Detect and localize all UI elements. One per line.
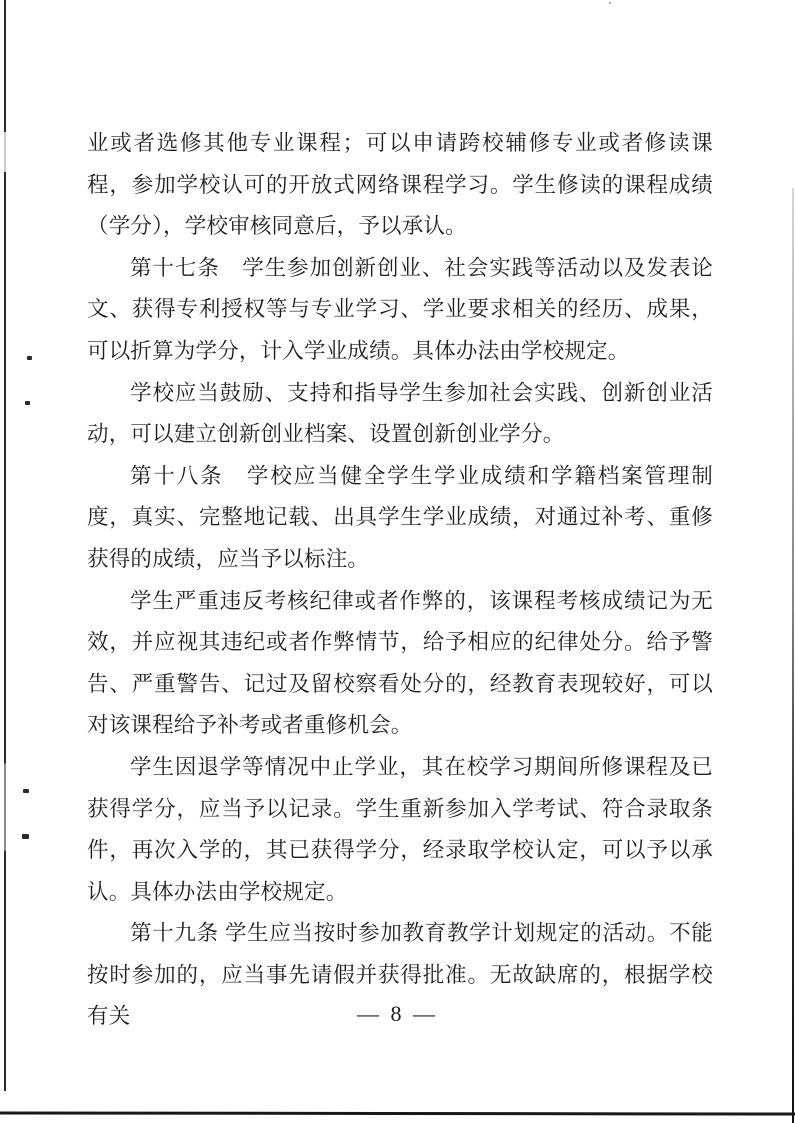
- document-paragraph: 学生严重违反考核纪律或者作弊的，该课程考核成绩记为无效，并应视其违纪或者作弊情节…: [87, 581, 713, 747]
- page-number: — 8 —: [0, 1001, 795, 1027]
- document-paragraph-continuation: 业或者选修其他专业课程；可以申请跨校辅修专业或者修读课程，参加学校认可的开放式网…: [87, 123, 713, 248]
- scan-speck: [25, 401, 30, 405]
- document-paragraph: 学生因退学等情况中止学业，其在校学习期间所修课程及已获得学分，应当予以记录。学生…: [87, 747, 713, 913]
- scan-speck: [27, 356, 32, 360]
- page-bottom-edge-line: [0, 1111, 795, 1115]
- document-paragraph-article-17: 第十七条 学生参加创新创业、社会实践等活动以及发表论文、获得专利授权等与专业学习…: [87, 248, 713, 373]
- document-body: 业或者选修其他专业课程；可以申请跨校辅修专业或者修读课程，参加学校认可的开放式网…: [87, 123, 713, 1038]
- document-paragraph-article-18: 第十八条 学校应当健全学生学业成绩和学籍档案管理制度，真实、完整地记载、出具学生…: [87, 456, 713, 581]
- document-paragraph: 学校应当鼓励、支持和指导学生参加社会实践、创新创业活动，可以建立创新创业档案、设…: [87, 373, 713, 456]
- page-right-edge-line: [792, 188, 794, 1123]
- scan-speck: [23, 789, 29, 793]
- scan-speck: [609, 2, 611, 4]
- scanned-document-page: 业或者选修其他专业课程；可以申请跨校辅修专业或者修读课程，参加学校认可的开放式网…: [0, 0, 795, 1123]
- page-left-edge-line: [4, 0, 6, 1091]
- scan-speck: [22, 834, 29, 839]
